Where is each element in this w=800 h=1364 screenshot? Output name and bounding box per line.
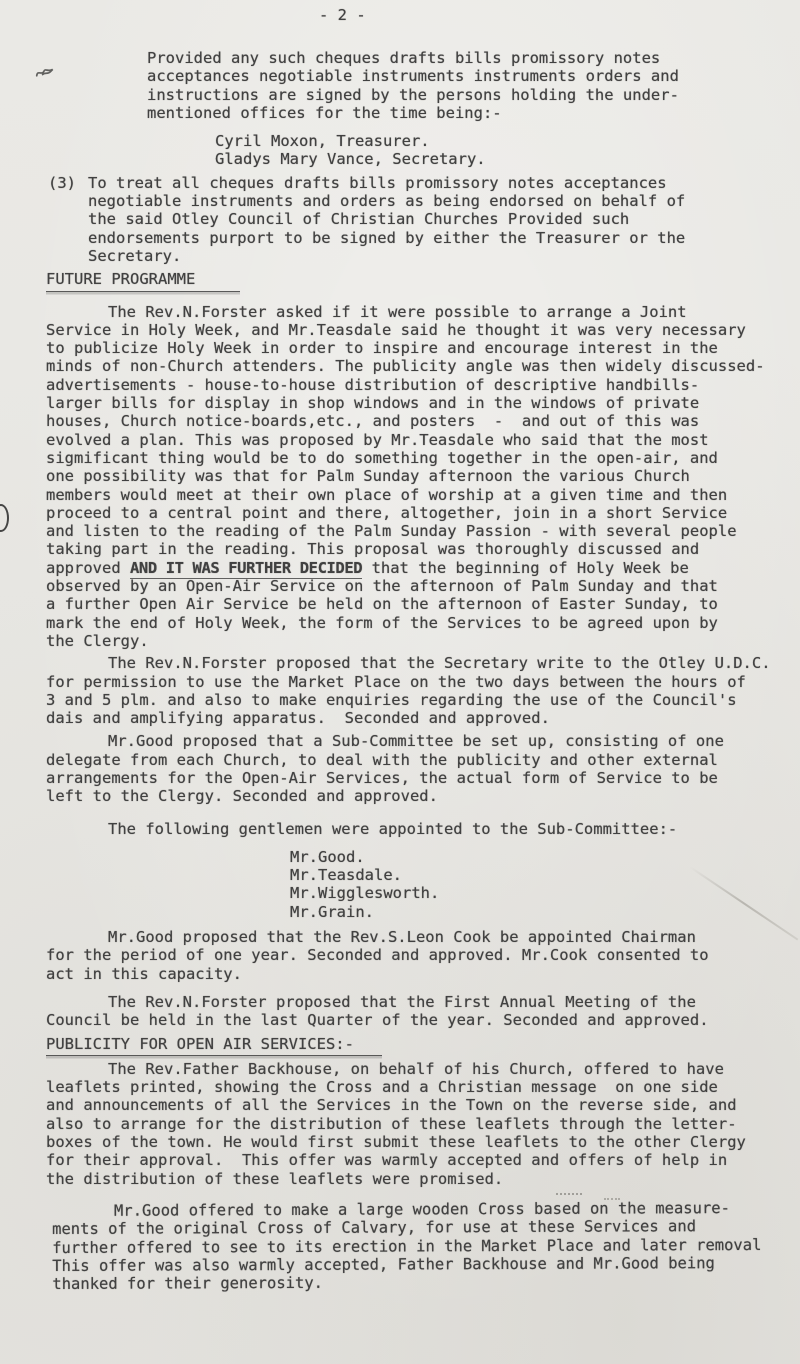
decided-phrase: AND IT WAS FURTHER DECIDED <box>130 559 362 579</box>
chairman-paragraph: Mr.Good proposed that the Rev.S.Leon Coo… <box>46 928 798 983</box>
annual-meeting-paragraph: The Rev.N.Forster proposed that the Firs… <box>46 993 798 1030</box>
left-edge-mark <box>0 504 9 532</box>
resolution-item-3: (3) To treat all cheques drafts bills pr… <box>46 174 798 265</box>
publicity-heading-text: PUBLICITY FOR OPEN AIR SERVICES:- <box>46 1035 382 1056</box>
scanned-minutes-page: - 2 - Provided any such cheques drafts b… <box>0 0 800 1364</box>
wooden-cross-paragraph: Mr.Good offered to make a large wooden C… <box>52 1199 798 1294</box>
market-place-paragraph: The Rev.N.Forster proposed that the Secr… <box>46 654 798 727</box>
holy-week-paragraph: The Rev.N.Forster asked if it were possi… <box>46 303 798 651</box>
holy-week-text-before: The Rev.N.Forster asked if it were possi… <box>46 303 765 577</box>
sub-committee-paragraph: Mr.Good proposed that a Sub-Committee be… <box>46 732 798 805</box>
publicity-heading: PUBLICITY FOR OPEN AIR SERVICES:- <box>46 1035 798 1056</box>
typewritten-content: Provided any such cheques drafts bills p… <box>46 0 798 1293</box>
provided-clause: Provided any such cheques drafts bills p… <box>147 49 798 122</box>
item-3-text: To treat all cheques drafts bills promis… <box>88 174 798 265</box>
leaflets-paragraph: The Rev.Father Backhouse, on behalf of h… <box>46 1060 798 1188</box>
item-3-marker: (3) <box>48 174 76 192</box>
appointed-intro: The following gentlemen were appointed t… <box>46 820 798 838</box>
future-programme-heading: FUTURE PROGRAMME <box>46 270 798 291</box>
future-programme-heading-text: FUTURE PROGRAMME <box>46 270 240 291</box>
sub-committee-members-list: Mr.Good. Mr.Teasdale. Mr.Wigglesworth. M… <box>290 848 798 921</box>
signatories: Cyril Moxon, Treasurer. Gladys Mary Vanc… <box>215 132 798 169</box>
